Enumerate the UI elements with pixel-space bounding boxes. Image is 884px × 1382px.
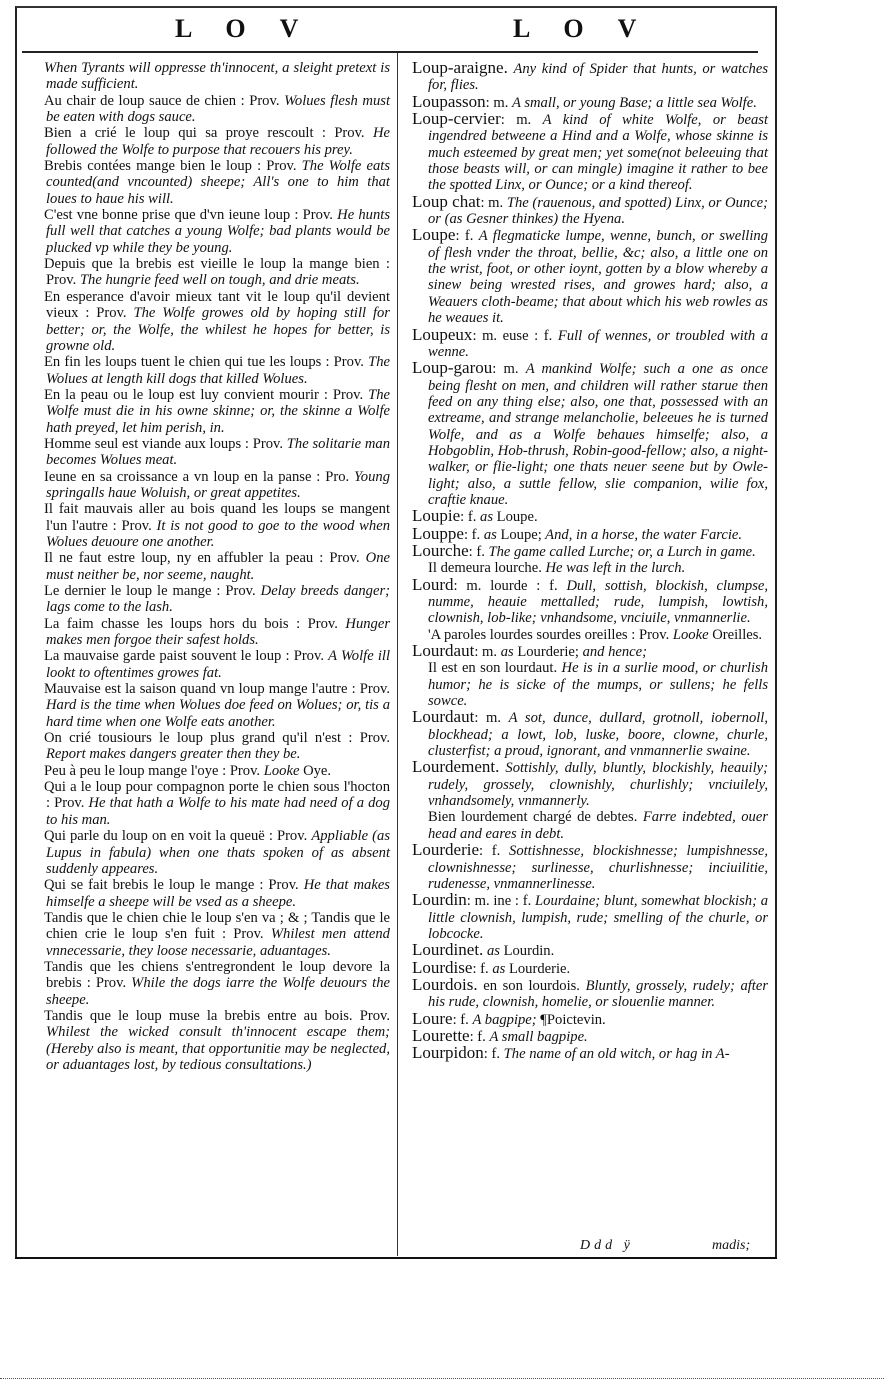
french-phrase: Il est en son lourdaut. xyxy=(428,660,557,676)
header-rule xyxy=(22,51,758,53)
english-gloss: A small, or young Base; a little sea Wol… xyxy=(512,95,757,111)
french-text: Le dernier le loup le mange : Prov. xyxy=(44,583,256,599)
proverb-entry: Tandis que le chien chie le loup s'en va… xyxy=(46,910,390,959)
headword: Loup-garou xyxy=(412,358,492,377)
proverb-entry: Peu à peu le loup mange l'oye : Prov. Lo… xyxy=(46,763,390,779)
headword: Lourdinet. xyxy=(412,940,483,959)
dictionary-entry: Lourche: f. The game called Lurche; or, … xyxy=(412,543,768,560)
proverb-entry: Bien a crié le loup qui sa proye rescoul… xyxy=(46,125,390,158)
sub-entry: Bien lourdement chargé de debtes. Farre … xyxy=(412,809,768,842)
headword: Loure xyxy=(412,1009,453,1028)
proverb-entry: Il ne faut estre loup, ny en affubler la… xyxy=(46,550,390,583)
english-gloss: A mankind Wolfe; such a one as once bein… xyxy=(428,361,768,508)
cross-reference: Oye. xyxy=(303,763,331,779)
headword: Lourdaut xyxy=(412,641,474,660)
proverb-entry: La mauvaise garde paist souvent le loup … xyxy=(46,648,390,681)
english-gloss: as xyxy=(480,509,493,525)
grammar-label: : m. xyxy=(480,195,503,211)
grammar-label: : m. xyxy=(474,644,500,660)
dictionary-entry: Lourdaut: m. as Lourderie; and hence; xyxy=(412,643,768,660)
proverb-entry: Depuis que la brebis est vieille le loup… xyxy=(46,256,390,289)
french-text: Bien a crié le loup qui sa proye rescoul… xyxy=(44,125,365,141)
cross-reference: Lourdin. xyxy=(500,943,554,959)
grammar-label: : f. xyxy=(479,843,500,859)
column-divider xyxy=(397,53,398,1256)
grammar-label: : f. xyxy=(484,1046,500,1062)
proverb-entry: Au chair de loup sauce de chien : Prov. … xyxy=(46,93,390,126)
headword: Lourdois. xyxy=(412,975,478,994)
dictionary-entry: Loup-garou: m. A mankind Wolfe; such a o… xyxy=(412,360,768,508)
running-head-right: L O V xyxy=(513,14,650,44)
proverb-entry: En fin les loups tuent le chien qui tue … xyxy=(46,354,390,387)
headword: Loup-araigne. xyxy=(412,58,508,77)
english-gloss-extra: And, in a horse, the water Farcie. xyxy=(542,527,742,543)
french-text: Mauvaise est la saison quand vn loup man… xyxy=(44,681,390,697)
proverb-entry: Qui parle du loup on en voit la queuë : … xyxy=(46,828,390,877)
left-column: When Tyrants will oppresse th'innocent, … xyxy=(46,60,390,1073)
french-text: Homme seul est viande aux loups : Prov. xyxy=(44,436,283,452)
dictionary-entry: Lourd: m. lourde : f. Dull, sottish, blo… xyxy=(412,577,768,627)
french-text: En fin les loups tuent le chien qui tue … xyxy=(44,354,364,370)
dictionary-entry: Lourdement. Sottishly, dully, bluntly, b… xyxy=(412,759,768,809)
proverb-entry: Ieune en sa croissance a vn loup en la p… xyxy=(46,469,390,502)
english-gloss: He was left in the lurch. xyxy=(546,560,686,576)
dictionary-entry: Loup-araigne. Any kind of Spider that hu… xyxy=(412,60,768,94)
headword: Loupeux xyxy=(412,325,472,344)
proverb-entry: Mauvaise est la saison quand vn loup man… xyxy=(46,681,390,730)
grammar-label: : f. xyxy=(469,544,485,560)
proverb-entry: C'est vne bonne prise que d'vn ieune lou… xyxy=(46,207,390,256)
running-head-left: L O V xyxy=(175,14,312,44)
page-edge-line xyxy=(0,1378,884,1379)
proverb-entry: On crié tousiours le loup plus grand qu'… xyxy=(46,730,390,763)
headword: Lourdement. xyxy=(412,757,499,776)
headword: Lourdin xyxy=(412,890,467,909)
french-text: Qui parle du loup on en voit la queuë : … xyxy=(44,828,307,844)
proverb-entry: Brebis contées mange bien le loup : Prov… xyxy=(46,158,390,207)
grammar-label: : m. xyxy=(501,112,531,128)
dictionary-entry: Loup chat: m. The (rauenous, and spotted… xyxy=(412,194,768,228)
english-gloss: as xyxy=(492,961,505,977)
proverb-entry: Qui a le loup pour compagnon porte le ch… xyxy=(46,779,390,828)
french-text: La faim chasse les loups hors du bois : … xyxy=(44,616,338,632)
english-gloss: Looke xyxy=(264,763,300,779)
english-gloss: The name of an old witch, or hag in A- xyxy=(504,1046,730,1062)
grammar-label: : m. euse : f. xyxy=(472,328,552,344)
headword: Loup chat xyxy=(412,192,480,211)
proverb-entry: Tandis que le loup muse la brebis entre … xyxy=(46,1008,390,1073)
cross-reference: Lourderie; xyxy=(514,644,579,660)
grammar-label: : f. xyxy=(455,228,473,244)
english-gloss: The game called Lurche; or, a Lurch in g… xyxy=(489,544,756,560)
english-gloss: Report makes dangers greater then they b… xyxy=(46,746,300,762)
french-text: C'est vne bonne prise que d'vn ieune lou… xyxy=(44,207,333,223)
dictionary-entry: Loupeux: m. euse : f. Full of wennes, or… xyxy=(412,327,768,361)
sub-entry: Il est en son lourdaut. He is in a surli… xyxy=(412,660,768,709)
dictionary-entry: Lourderie: f. Sottishnesse, blockishness… xyxy=(412,842,768,892)
english-gloss: When Tyrants will oppresse th'innocent, … xyxy=(44,60,390,92)
right-column: Loup-araigne. Any kind of Spider that hu… xyxy=(412,60,768,1063)
sub-entry: Il demeura lourche. He was left in the l… xyxy=(412,560,768,576)
headword: Lourpidon xyxy=(412,1043,484,1062)
proverb-entry: La faim chasse les loups hors du bois : … xyxy=(46,616,390,649)
headword: Lourche xyxy=(412,541,469,560)
grammar-label: : m. xyxy=(474,710,501,726)
cross-reference: Loupe. xyxy=(493,509,538,525)
dictionary-entry: Loup-cervier: m. A kind of white Wolfe, … xyxy=(412,111,768,194)
english-gloss: as xyxy=(484,527,497,543)
french-text: Brebis contées mange bien le loup : Prov… xyxy=(44,158,297,174)
signature-mark: Ddd ÿ xyxy=(580,1238,634,1254)
headword: Loupasson xyxy=(412,92,486,111)
english-gloss: as xyxy=(487,943,500,959)
english-gloss: A flegmaticke lumpe, wenne, bunch, or sw… xyxy=(428,228,768,326)
english-gloss: A small bagpipe. xyxy=(489,1029,587,1045)
cross-reference: Loupe; xyxy=(497,527,542,543)
english-gloss: The hungrie feed well on tough, and drie… xyxy=(80,272,360,288)
proverb-entry: Qui se fait brebis le loup le mange : Pr… xyxy=(46,877,390,910)
dictionary-entry: Loupie: f. as Loupe. xyxy=(412,508,768,525)
english-gloss: Hard is the time when Wolues doe feed on… xyxy=(46,697,390,729)
proverb-entry: When Tyrants will oppresse th'innocent, … xyxy=(46,60,390,93)
proverb-entry: Homme seul est viande aux loups : Prov. … xyxy=(46,436,390,469)
cross-reference: Oreilles. xyxy=(709,627,763,643)
english-gloss: A bagpipe; xyxy=(472,1012,536,1028)
dictionary-entry: Loupe: f. A flegmaticke lumpe, wenne, bu… xyxy=(412,227,768,326)
headword: Loup-cervier xyxy=(412,109,501,128)
dictionary-entry: Lourdin: m. ine : f. Lourdaine; blunt, s… xyxy=(412,892,768,942)
proverb-entry: Il fait mauvais aller au bois quand les … xyxy=(46,501,390,550)
french-text: En la peau ou le loup est luy convient m… xyxy=(44,387,363,403)
headword: Louppe xyxy=(412,524,464,543)
dictionary-entry: Lourdaut: m. A sot, dunce, dullard, grot… xyxy=(412,709,768,759)
headword: Lourderie xyxy=(412,840,479,859)
grammar-label: : m. lourde : f. xyxy=(454,578,558,594)
french-text: On crié tousiours le loup plus grand qu'… xyxy=(44,730,390,746)
french-text: La mauvaise garde paist souvent le loup … xyxy=(44,648,324,664)
grammar-label: en son lourdois. xyxy=(478,978,580,994)
catchword: madis; xyxy=(712,1238,750,1254)
proverb-entry: En esperance d'avoir mieux tant vit le l… xyxy=(46,289,390,354)
french-text: Peu à peu le loup mange l'oye : Prov. xyxy=(44,763,260,779)
english-gloss: Looke xyxy=(673,627,709,643)
english-gloss: as xyxy=(501,644,514,660)
headword: Loupe xyxy=(412,225,455,244)
headword: Lourdise xyxy=(412,958,472,977)
proverb-entry: En la peau ou le loup est luy convient m… xyxy=(46,387,390,436)
french-text: Au chair de loup sauce de chien : Prov. xyxy=(44,93,279,109)
grammar-label: : m. xyxy=(492,361,518,377)
cross-reference: ¶Poictevin. xyxy=(537,1012,606,1028)
english-gloss: Whilest the wicked consult th'innocent e… xyxy=(46,1024,390,1073)
english-gloss: He that hath a Wolfe to his mate had nee… xyxy=(46,795,390,827)
french-text: Il ne faut estre loup, ny en affubler la… xyxy=(44,550,360,566)
french-phrase: Bien lourdement chargé de debtes. xyxy=(428,809,637,825)
bottom-rule xyxy=(15,1257,777,1259)
french-text: Tandis que le loup muse la brebis entre … xyxy=(44,1008,390,1024)
headword: Lourd xyxy=(412,575,454,594)
grammar-label: : m. ine : f. xyxy=(467,893,531,909)
french-text: Ieune en sa croissance a vn loup en la p… xyxy=(44,469,349,485)
english-gloss-extra: and hence; xyxy=(579,644,647,660)
page-header: L O V L O V xyxy=(17,8,775,52)
cross-reference: Lourderie. xyxy=(505,961,570,977)
proverb-entry: Tandis que les chiens s'entregrondent le… xyxy=(46,959,390,1008)
french-text: Qui se fait brebis le loup le mange : Pr… xyxy=(44,877,299,893)
dictionary-entry: Lourpidon: f. The name of an old witch, … xyxy=(412,1045,768,1062)
headword: Loupie xyxy=(412,506,460,525)
headword: Lourdaut xyxy=(412,707,474,726)
dictionary-entry: Lourdois. en son lourdois. Bluntly, gros… xyxy=(412,977,768,1011)
headword: Lourette xyxy=(412,1026,470,1045)
proverb-entry: Le dernier le loup le mange : Prov. Dela… xyxy=(46,583,390,616)
